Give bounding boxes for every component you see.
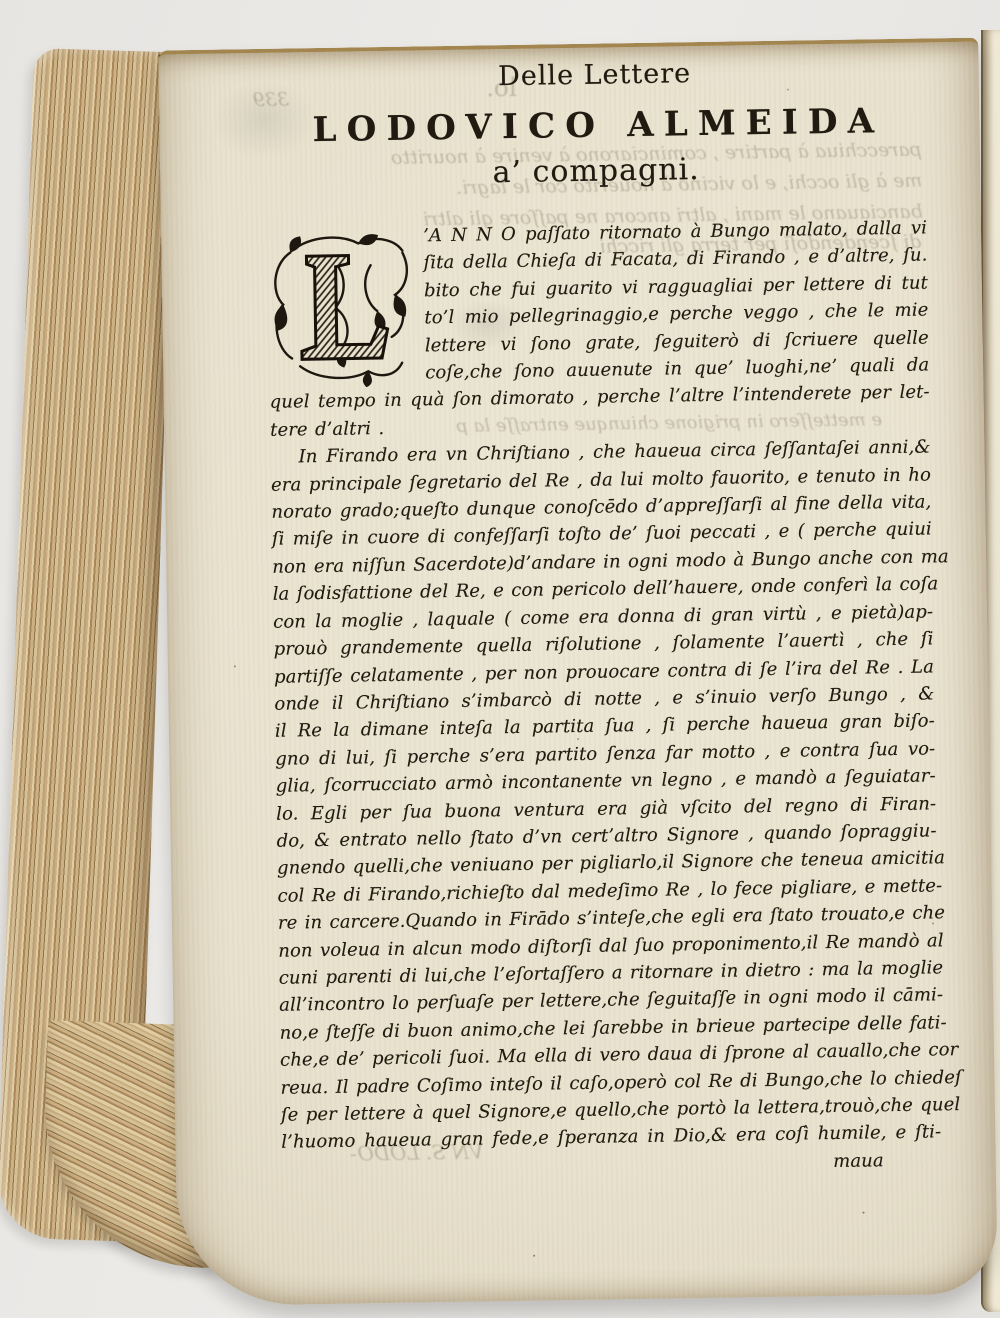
text-block: Delle Lettere LODOVICO ALMEIDA a’ compag… [264,42,924,52]
paragraph-1-indented: ’A N N O paſſato ritornato à Bungo malat… [423,214,930,386]
woodcut-initial-icon [261,229,415,389]
running-head: Delle Lettere [264,54,924,95]
catchword: maua [833,1150,884,1172]
letter-body: ’A N N O paſſato ritornato à Bungo malat… [267,214,942,1183]
book-page: 339 lo. parecchiua à partire , cominciar… [158,38,998,1307]
book-photo: 339 lo. parecchiua à partire , cominciar… [0,0,1000,1318]
paragraph-2: In Firando era vn Chriſtiano , che haueu… [270,434,941,1157]
ink-specks [158,54,160,56]
